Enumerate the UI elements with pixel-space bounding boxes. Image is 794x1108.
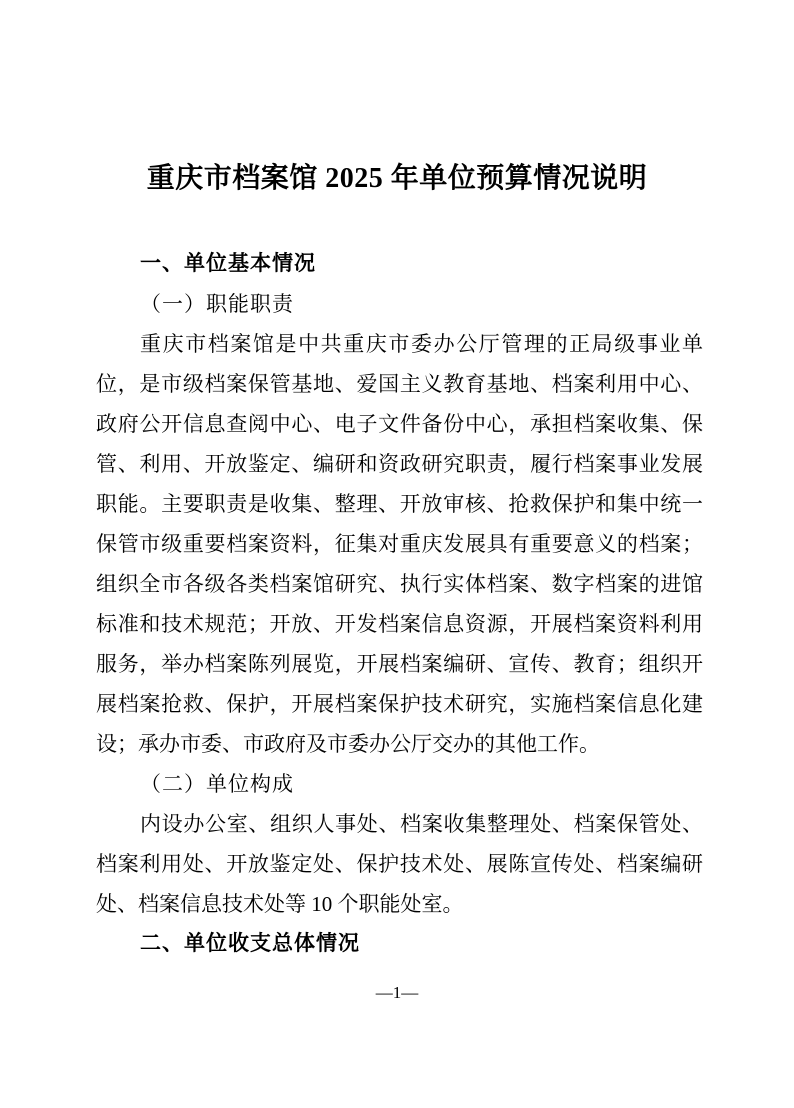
paragraph-line: 重庆市档案馆是中共重庆市委办公厅管理的正局级事业单 (96, 324, 703, 364)
paragraph-line: 档案利用处、开放鉴定处、保护技术处、展陈宣传处、档案编研 (96, 844, 703, 884)
section-2-heading: 二、单位收支总体情况 (96, 924, 703, 964)
paragraph-line: 政府公开信息查阅中心、电子文件备份中心，承担档案收集、保 (96, 404, 703, 444)
paragraph-line: 标准和技术规范；开放、开发档案信息资源，开展档案资料利用 (96, 604, 703, 644)
paragraph-line: 内设办公室、组织人事处、档案收集整理处、档案保管处、 (96, 804, 703, 844)
paragraph-line: 展档案抢救、保护，开展档案保护技术研究，实施档案信息化建 (96, 684, 703, 724)
paragraph-line: 组织全市各级各类档案馆研究、执行实体档案、数字档案的进馆 (96, 564, 703, 604)
paragraph-line: 保管市级重要档案资料，征集对重庆发展具有重要意义的档案； (96, 524, 703, 564)
paragraph-2: 内设办公室、组织人事处、档案收集整理处、档案保管处、 档案利用处、开放鉴定处、保… (96, 804, 703, 924)
paragraph-line: 设；承办市委、市政府及市委办公厅交办的其他工作。 (96, 724, 703, 764)
subsection-1-2-heading: （二）单位构成 (96, 764, 703, 804)
paragraph-1: 重庆市档案馆是中共重庆市委办公厅管理的正局级事业单 位，是市级档案保管基地、爱国… (96, 324, 703, 764)
page-number: —1— (0, 978, 794, 1008)
paragraph-line: 处、档案信息技术处等 10 个职能处室。 (96, 884, 703, 924)
paragraph-line: 位，是市级档案保管基地、爱国主义教育基地、档案利用中心、 (96, 364, 703, 404)
subsection-1-1-heading: （一）职能职责 (96, 284, 703, 324)
section-1-heading: 一、单位基本情况 (96, 244, 703, 284)
document-body: 一、单位基本情况 （一）职能职责 重庆市档案馆是中共重庆市委办公厅管理的正局级事… (96, 244, 703, 964)
paragraph-line: 服务，举办档案陈列展览，开展档案编研、宣传、教育；组织开 (96, 644, 703, 684)
paragraph-line: 职能。主要职责是收集、整理、开放审核、抢救保护和集中统一 (96, 484, 703, 524)
paragraph-line: 管、利用、开放鉴定、编研和资政研究职责，履行档案事业发展 (96, 444, 703, 484)
document-title: 重庆市档案馆 2025 年单位预算情况说明 (0, 156, 794, 202)
document-page: 重庆市档案馆 2025 年单位预算情况说明 一、单位基本情况 （一）职能职责 重… (0, 0, 794, 1108)
